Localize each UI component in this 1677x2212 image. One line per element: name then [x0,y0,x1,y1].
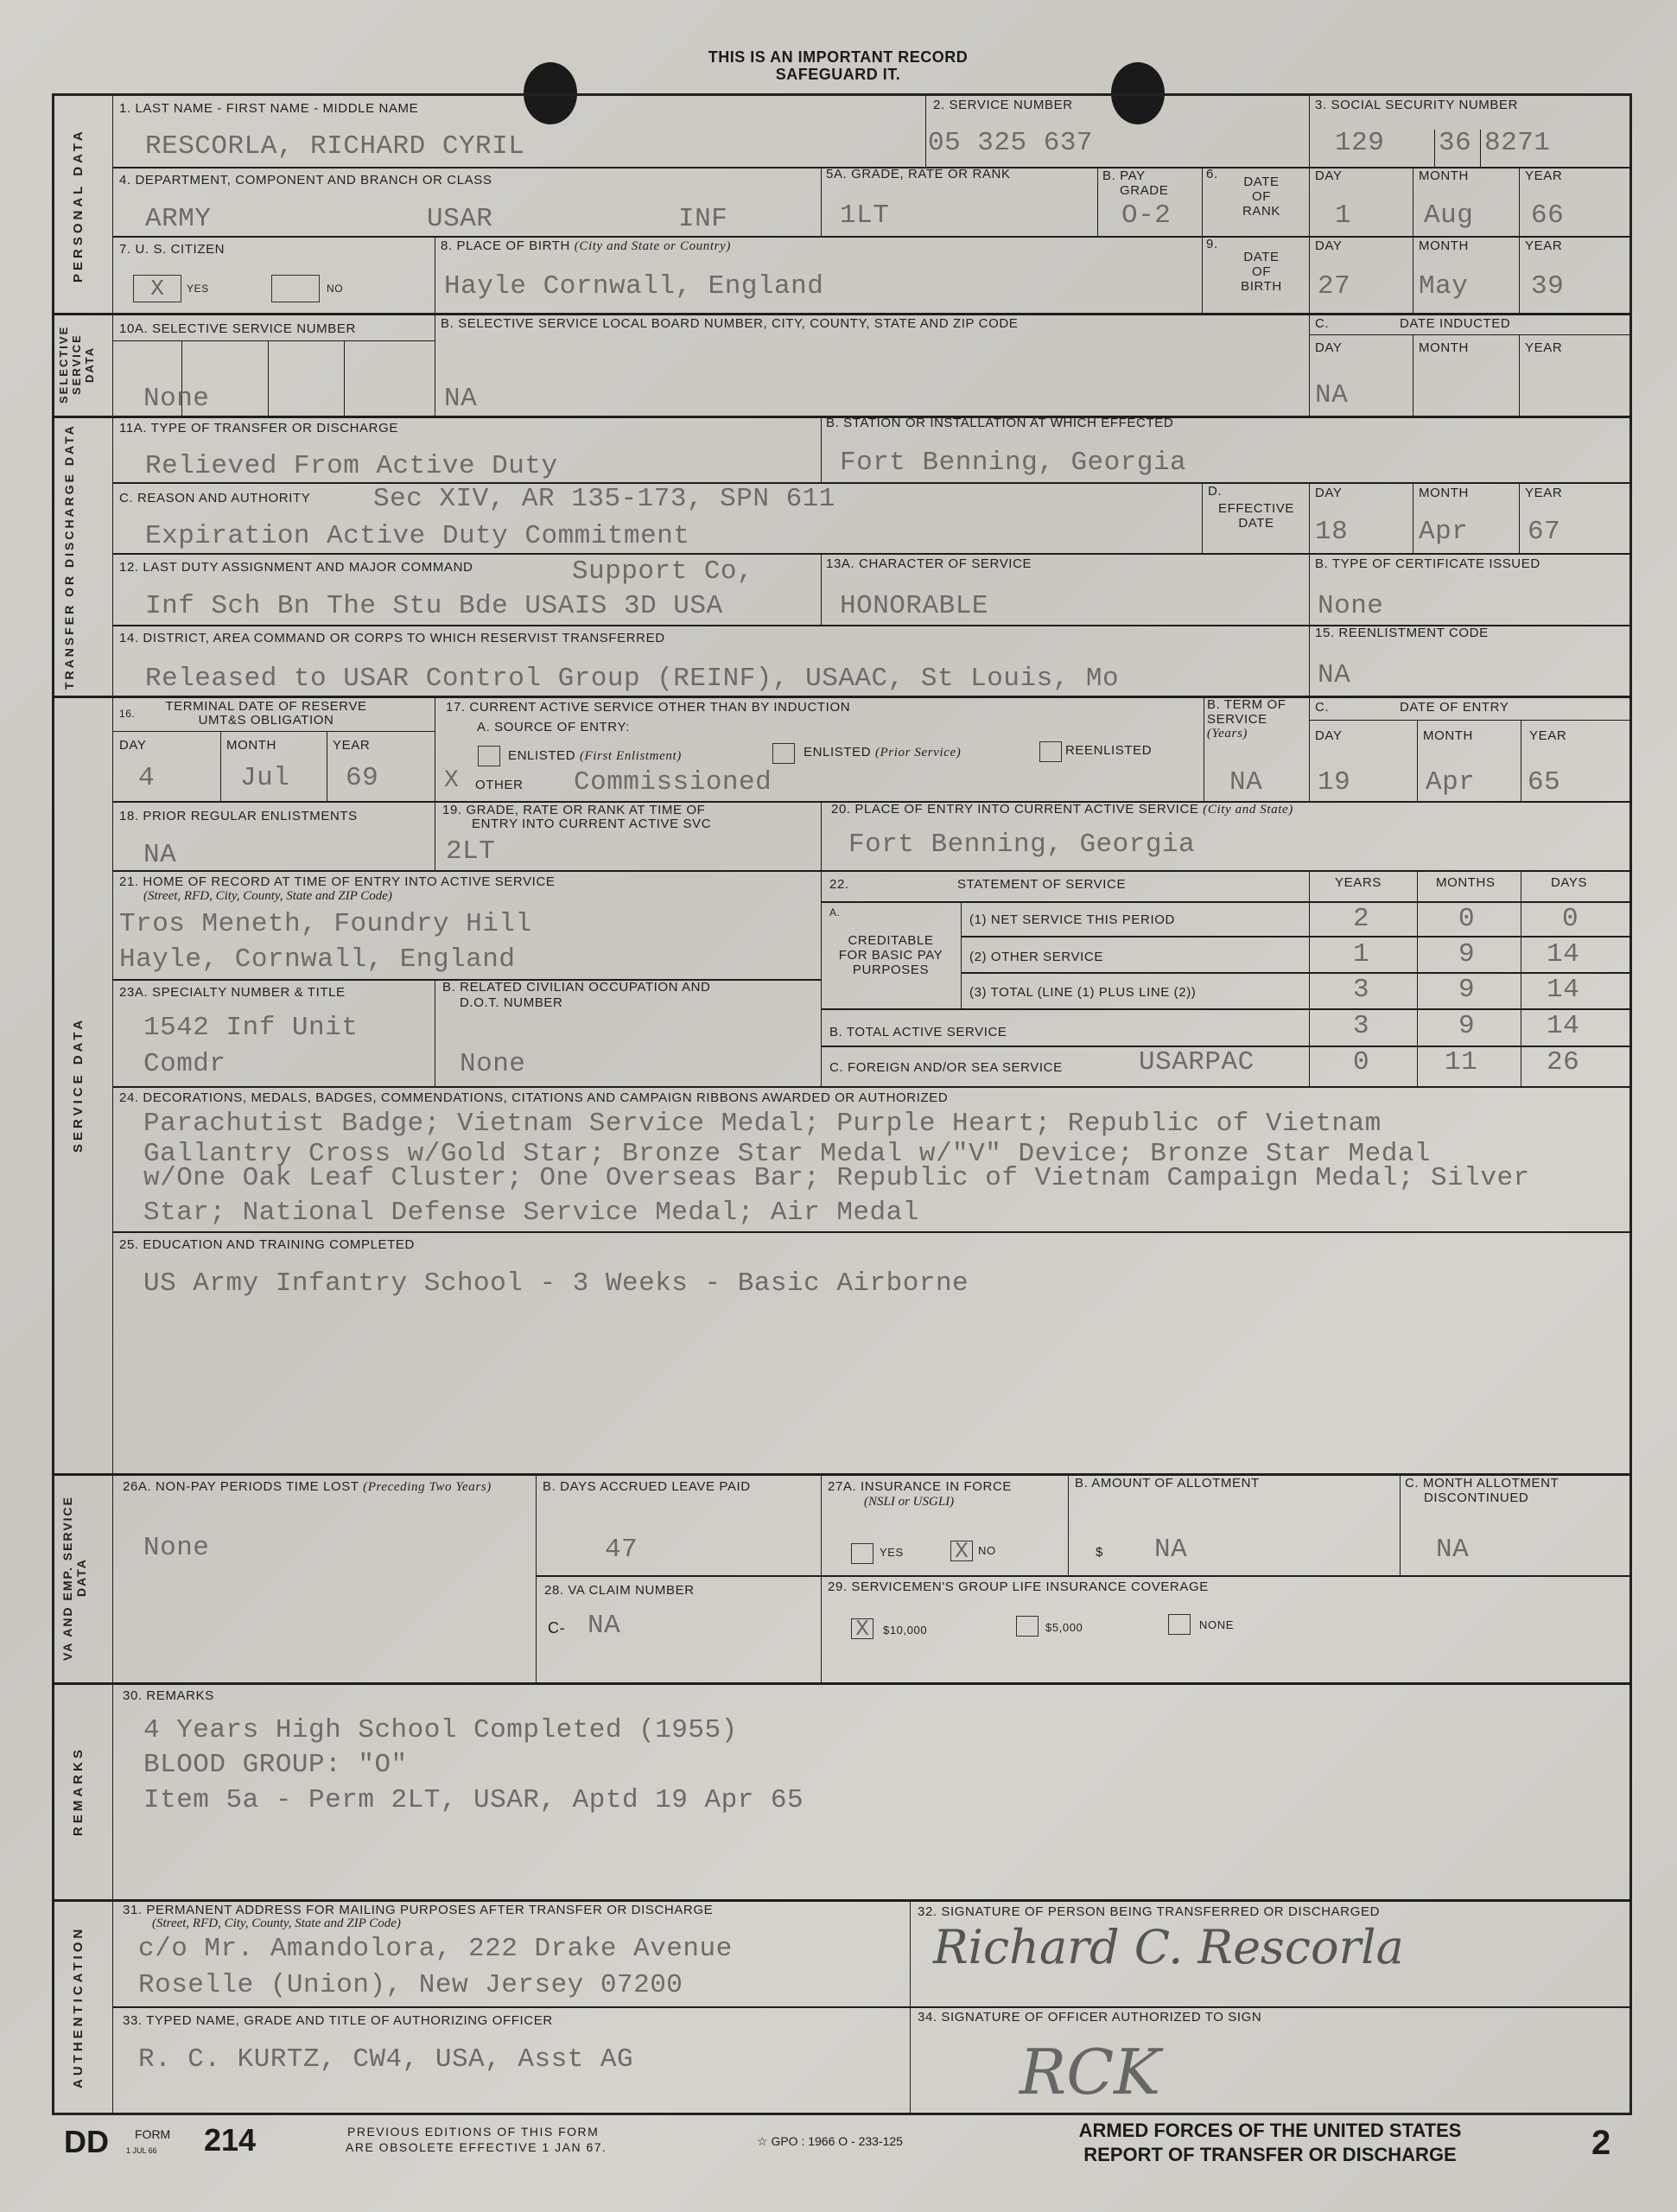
label-date-inducted-num: c. [1315,316,1329,331]
label-us-citizen: 7. U. S. CITIZEN [119,242,225,257]
label-hint: (City and State) [1203,803,1293,817]
label-text: TERMINAL DATE OF RESERVE [137,700,396,714]
col-divider [1309,93,1310,167]
label-day: DAY [1315,238,1343,253]
field-effective-day[interactable]: 18 [1315,517,1348,547]
label-day: DAY [1315,486,1343,500]
label-last-duty: 12. LAST DUTY ASSIGNMENT AND MAJOR COMMA… [119,560,473,575]
footer-copy-number: 2 [1591,2124,1610,2163]
label-time-lost: 26a. NON-PAY PERIODS TIME LOST (Precedin… [123,1479,492,1495]
field-va-claim[interactable]: NA [588,1611,620,1641]
field-terminal-day[interactable]: 4 [138,763,155,793]
field-reservist[interactable]: Released to USAR Control Group (REINF), … [145,664,1119,694]
label-days: DAYS [1551,875,1587,890]
field-decorations-1[interactable]: Parachutist Badge; Vietnam Service Medal… [143,1109,1382,1139]
label-day: DAY [119,738,147,753]
label-hint: (Preceding Two Years) [363,1480,492,1494]
label-yes: YES [187,283,209,296]
col-divider [536,1473,537,1682]
col-divider [1413,167,1413,313]
label-ssn: 3. SOCIAL SECURITY NUMBER [1315,98,1518,112]
label-day: DAY [1315,168,1343,183]
label-local-board: b. SELECTIVE SERVICE LOCAL BOARD NUMBER,… [441,316,1018,331]
label-statement-of-service: STATEMENT OF SERVICE [957,877,1126,892]
label-place-of-entry: 20. PLACE OF ENTRY INTO CURRENT ACTIVE S… [831,802,1293,817]
label-date-of-birth-num: 9. [1206,237,1218,251]
label-hint: (City and State or Country) [575,239,731,253]
row-divider [112,731,435,732]
section-label-selective: SELECTIVE SERVICE DATA [57,316,102,413]
label-no: NO [327,283,343,296]
field-last-duty-1[interactable]: Support Co, [572,556,753,587]
label-other: OTHER [475,778,524,792]
label-effective-date: EFFECTIVE DATE [1204,501,1309,531]
label-month: MONTH [1419,340,1469,355]
row-divider [112,482,1632,484]
label-insurance-hint: (NSLI or USGLI) [864,1495,954,1510]
field-ssn-2[interactable]: 36 [1439,128,1471,158]
label-term-of-service: b. TERM OF SERVICE (Years) [1207,697,1286,741]
field-remarks-2[interactable]: BLOOD GROUP: "O" [143,1750,408,1780]
label-text: OF [1218,189,1305,204]
field-last-duty-2[interactable]: Inf Sch Bn The Stu Bde USAIS 3D USA [145,591,723,621]
col-divider [1202,167,1203,313]
label-insurance-no: NO [978,1545,996,1558]
footer-dd: DD [64,2124,109,2160]
label-month: MONTH [226,738,276,753]
col-divider [821,801,822,870]
field-component[interactable]: USAR [427,204,492,234]
col-divider [435,313,435,416]
field-birth-month[interactable]: May [1419,271,1468,302]
label-hint: (Years) [1207,727,1286,741]
field-mailing-address-1[interactable]: c/o Mr. Amandolora, 222 Drake Avenue [138,1934,733,1964]
label-authorizing-officer: 33. TYPED NAME, GRADE AND TITLE OF AUTHO… [123,2013,553,2028]
checkbox-enlisted-first[interactable] [478,746,500,766]
checkbox-insurance-no[interactable]: X [950,1541,973,1561]
header-notice: THIS IS AN IMPORTANT RECORD SAFEGUARD IT… [622,48,1054,83]
service-net-months[interactable]: 0 [1458,904,1475,934]
field-remarks-1[interactable]: 4 Years High School Completed (1955) [143,1715,738,1745]
label-creditable-num: a. [829,907,841,919]
section-label-personal: PERSONAL DATA [71,104,86,307]
label-year: YEAR [1525,340,1562,355]
field-rank-month[interactable]: Aug [1424,200,1473,231]
service-other-months[interactable]: 9 [1458,939,1475,969]
label-month: MONTH [1423,728,1473,743]
field-reason-1[interactable]: Sec XIV, AR 135-173, SPN 611 [373,484,835,514]
field-place-of-birth[interactable]: Hayle Cornwall, England [444,271,823,302]
col-divider [1519,167,1520,313]
label-sgli: 29. SERVICEMEN'S GROUP LIFE INSURANCE CO… [828,1580,1209,1594]
label-text: DATE [1218,175,1305,189]
col-divider [268,340,269,416]
field-inducted-day[interactable]: NA [1315,380,1348,410]
label-month: MONTH [1419,238,1469,253]
label-text: b. TERM OF [1207,697,1286,712]
label-text: SERVICE [1207,712,1286,727]
service-active-years[interactable]: 3 [1353,1011,1369,1041]
footer-text: PREVIOUS EDITIONS OF THIS FORM [346,2124,607,2139]
label-text: b. RELATED CIVILIAN OCCUPATION AND [442,980,710,995]
label-source-of-entry: a. SOURCE OF ENTRY: [477,720,630,734]
service-active-months[interactable]: 9 [1458,1011,1475,1041]
label-months: MONTHS [1436,875,1496,890]
label-signature-officer: 34. SIGNATURE OF OFFICER AUTHORIZED TO S… [918,2010,1261,2024]
field-foreign-location[interactable]: USARPAC [1139,1047,1255,1077]
label-date-inducted: DATE INDUCTED [1400,316,1510,331]
label-mailing-address-hint: (Street, RFD, City, County, State and ZI… [152,1916,401,1931]
section-label-auth: AUTHENTICATION [71,1904,86,2111]
label-day: DAY [1315,728,1343,743]
col-divider [821,167,822,236]
label-enlisted-first: ENLISTED (First Enlistment) [508,748,682,764]
label-sgli-10000: $10,000 [883,1624,927,1637]
service-net-days[interactable]: 0 [1562,904,1579,934]
row-divider [112,1231,1632,1233]
label-statement-num: 22. [829,877,849,892]
checkbox-sgli-none[interactable] [1168,1614,1191,1635]
label-text: DATE [1204,516,1309,531]
checkbox-sgli-10000[interactable]: X [851,1618,873,1639]
label-other-service: (2) OTHER SERVICE [969,950,1103,964]
field-entry-year[interactable]: 65 [1528,767,1560,798]
label-text: EFFECTIVE [1204,501,1309,516]
field-source-other[interactable]: Commissioned [574,767,772,798]
row-divider [821,901,1632,903]
service-other-days[interactable]: 14 [1547,939,1579,969]
label-year: YEAR [1525,168,1562,183]
label-education: 25. EDUCATION AND TRAINING COMPLETED [119,1237,415,1252]
label-text: 20. PLACE OF ENTRY INTO CURRENT ACTIVE S… [831,802,1199,817]
field-effective-year[interactable]: 67 [1528,517,1560,547]
field-service-number[interactable]: 05 325 637 [928,128,1093,158]
col-divider [220,731,221,801]
field-home-of-record-1[interactable]: Tros Meneth, Foundry Hill [119,909,532,939]
label-text: OF [1218,264,1305,279]
col-divider [1309,313,1310,416]
row-divider [112,2006,1632,2008]
field-branch[interactable]: INF [678,204,727,234]
col-divider [1413,334,1413,416]
field-education[interactable]: US Army Infantry School - 3 Weeks - Basi… [143,1268,969,1299]
label-date-of-rank-num: 6. [1206,167,1218,181]
checkbox-citizen-no[interactable] [271,275,320,302]
label-effective-num: d. [1208,484,1222,499]
checkbox-reenlisted[interactable] [1039,741,1062,762]
row-divider [112,870,1632,872]
field-remarks-3[interactable]: Item 5a - Perm 2LT, USAR, Aptd 19 Apr 65 [143,1785,804,1815]
label-text: RANK [1218,204,1305,219]
field-home-of-record-2[interactable]: Hayle, Cornwall, England [119,944,515,975]
col-divider [925,93,926,167]
label-text: 26a. NON-PAY PERIODS TIME LOST [123,1479,359,1494]
label-dollar: $ [1096,1545,1103,1560]
field-prior-enlistments[interactable]: NA [143,840,176,870]
divider-va [52,1473,1632,1476]
field-reason-2[interactable]: Expiration Active Duty Commitment [145,521,689,551]
label-hint: (Prior Service) [875,746,961,760]
col-divider [1097,167,1098,236]
label-year: YEAR [1525,486,1562,500]
field-authorizing-officer[interactable]: R. C. KURTZ, CW4, USA, Asst AG [138,2044,633,2075]
label-grade-at-entry: 19. GRADE, RATE OR RANK AT TIME OF ENTRY… [442,804,711,831]
service-other-years[interactable]: 1 [1353,939,1369,969]
signature-person: Richard C. Rescorla [933,1920,1404,1974]
field-local-board[interactable]: NA [444,384,477,414]
header-line-1: THIS IS AN IMPORTANT RECORD [622,48,1054,66]
col-divider [1309,553,1310,696]
label-month: MONTH [1419,486,1469,500]
field-name[interactable]: RESCORLA, RICHARD CYRIL [145,131,524,162]
label-text: CREDITABLE [823,933,959,948]
label-leave-paid: b. DAYS ACCRUED LEAVE PAID [543,1479,751,1494]
field-birth-day[interactable]: 27 [1318,271,1350,302]
label-date-of-rank: DATE OF RANK [1218,175,1305,219]
label-text: 8. PLACE OF BIRTH [441,238,570,253]
footer-form-date: 1 JUL 66 [126,2146,157,2155]
label-text: FOR BASIC PAY [823,948,959,963]
label-terminal-num: 16. [119,709,135,721]
col-divider [1434,130,1435,167]
field-station[interactable]: Fort Benning, Georgia [840,448,1186,478]
divider-service [52,696,1632,698]
label-date-of-birth: DATE OF BIRTH [1218,250,1305,294]
label-reenlistment: 15. REENLISTMENT CODE [1315,626,1489,640]
field-specialty-2[interactable]: Comdr [143,1049,226,1079]
col-divider [435,236,435,313]
field-terminal-year[interactable]: 69 [346,763,378,793]
label-date-of-entry-num: c. [1315,700,1329,715]
row-divider [1309,334,1632,335]
service-net-years[interactable]: 2 [1353,904,1369,934]
col-divider [1417,870,1418,1086]
col-divider [821,553,822,625]
label-certificate: b. TYPE OF CERTIFICATE ISSUED [1315,556,1540,571]
label-department: 4. DEPARTMENT, COMPONENT AND BRANCH OR C… [119,173,492,188]
label-total: (3) TOTAL (Line (1) plus Line (2)) [969,985,1196,1000]
field-selective-number[interactable]: None [143,384,209,414]
label-text: UMT&S OBLIGATION [137,714,396,728]
label-remarks: 30. REMARKS [123,1688,214,1703]
field-decorations-3[interactable]: w/One Oak Leaf Cluster; One Overseas Bar… [143,1163,1530,1193]
col-divider [1417,720,1418,801]
label-year: YEAR [1529,728,1566,743]
checkbox-citizen-yes[interactable]: X [133,275,181,302]
label-pay-grade-1: b. PAY [1102,168,1146,183]
footer-text: ARE OBSOLETE EFFECTIVE 1 JAN 67. [346,2139,607,2155]
col-divider [1309,870,1310,1086]
label-day: DAY [1315,340,1343,355]
checkbox-enlisted-prior[interactable] [772,743,795,764]
label-insurance-yes: YES [880,1547,904,1560]
field-civilian-occupation[interactable]: None [460,1049,525,1079]
field-term-of-service[interactable]: NA [1229,767,1262,798]
label-prior-enlistments: 18. PRIOR REGULAR ENLISTMENTS [119,809,358,823]
label-enlisted-prior: ENLISTED (Prior Service) [804,745,961,760]
label-insurance: 27a. INSURANCE IN FORCE [828,1479,1012,1494]
label-text: DISCONTINUED [1405,1491,1559,1505]
field-allotment-discontinued[interactable]: NA [1436,1535,1469,1565]
col-divider [1521,870,1521,1086]
label-allotment: b. AMOUNT OF ALLOTMENT [1075,1476,1260,1491]
field-entry-month[interactable]: Apr [1426,767,1475,798]
field-time-lost[interactable]: None [143,1533,209,1563]
section-column-divider [112,93,113,2115]
col-divider [1400,1473,1401,1575]
field-allotment[interactable]: NA [1154,1535,1187,1565]
service-total-days[interactable]: 14 [1547,975,1579,1005]
label-text: BIRTH [1218,279,1305,294]
field-reenlistment[interactable]: NA [1318,660,1350,690]
row-divider [112,1086,1632,1088]
label-service-number: 2. SERVICE NUMBER [933,98,1073,112]
service-total-years[interactable]: 3 [1353,975,1369,1005]
footer-title-line: ARMED FORCES OF THE UNITED STATES [1045,2119,1495,2143]
label-home-of-record-hint: (Street, RFD, City, County, State and ZI… [143,889,392,904]
label-reservist: 14. DISTRICT, AREA COMMAND OR CORPS TO W… [119,631,665,645]
label-text: D.O.T. NUMBER [442,995,710,1011]
label-date-of-entry: DATE OF ENTRY [1400,700,1509,715]
field-leave-paid[interactable]: 47 [605,1535,638,1565]
divider-auth [52,1899,1632,1902]
field-rank-year[interactable]: 66 [1531,200,1564,231]
col-divider [1519,334,1520,416]
col-divider [344,340,345,416]
row-divider [112,236,1632,238]
label-sgli-5000: $5,000 [1045,1622,1083,1635]
service-foreign-months[interactable]: 11 [1445,1047,1477,1077]
field-rank-day[interactable]: 1 [1335,200,1351,231]
label-allotment-discontinued: c. MONTH ALLOTMENT DISCONTINUED [1405,1476,1559,1505]
label-signature-person: 32. SIGNATURE OF PERSON BEING TRANSFERRE… [918,1904,1380,1919]
row-divider [961,972,1632,974]
section-label-va: VA AND EMP. SERVICE DATA [60,1478,102,1678]
col-divider [821,1473,822,1682]
footer-form-number: 214 [204,2122,256,2158]
col-divider [1309,696,1310,801]
field-terminal-month[interactable]: Jul [240,763,289,793]
label-transfer-type: 11a. TYPE OF TRANSFER OR DISCHARGE [119,421,398,435]
service-foreign-years[interactable]: 0 [1353,1047,1369,1077]
col-divider [435,696,435,801]
field-ssn-1[interactable]: 129 [1335,128,1384,158]
label-name: 1. LAST NAME - FIRST NAME - MIDDLE NAME [119,101,418,116]
section-label-transfer: TRANSFER OR DISCHARGE DATA [62,420,100,693]
field-certificate[interactable]: None [1318,591,1383,621]
col-divider [1413,482,1413,553]
col-divider [1068,1473,1069,1575]
label-station: b. STATION OR INSTALLATION AT WHICH EFFE… [826,416,1173,430]
col-divider [961,901,962,1008]
field-character[interactable]: HONORABLE [840,591,988,621]
label-reason: c. REASON AND AUTHORITY [119,491,310,505]
label-creditable: CREDITABLE FOR BASIC PAY PURPOSES [823,933,959,977]
label-total-active: b. TOTAL ACTIVE SERVICE [829,1025,1007,1039]
label-foreign-service: c. FOREIGN AND/OR SEA SERVICE [829,1060,1063,1075]
col-divider [327,731,327,801]
row-divider [961,936,1632,938]
label-va-claim: 28. VA CLAIM NUMBER [544,1583,695,1598]
header-line-2: SAFEGUARD IT. [622,66,1054,83]
service-total-months[interactable]: 9 [1458,975,1475,1005]
col-divider [1480,130,1481,167]
field-entry-day[interactable]: 19 [1318,767,1350,798]
label-c-prefix: C- [548,1619,565,1637]
checkbox-sgli-5000[interactable] [1016,1616,1039,1637]
section-label-remarks: REMARKS [71,1687,86,1896]
label-civilian-occupation: b. RELATED CIVILIAN OCCUPATION AND D.O.T… [442,980,710,1011]
service-foreign-days[interactable]: 26 [1547,1047,1579,1077]
label-month: MONTH [1419,168,1469,183]
label-grade: 5a. GRADE, RATE OR RANK [826,167,1011,181]
field-grade-at-entry[interactable]: 2LT [446,836,495,867]
footer-form: FORM [135,2127,170,2141]
label-character: 13a. CHARACTER OF SERVICE [826,556,1032,571]
col-divider [1202,482,1203,553]
label-text: ENTRY INTO CURRENT ACTIVE SVC [442,817,711,831]
field-effective-month[interactable]: Apr [1419,517,1468,547]
field-mailing-address-2[interactable]: Roselle (Union), New Jersey 07200 [138,1970,683,2000]
label-text: PURPOSES [823,963,959,977]
divider-remarks [52,1682,1632,1685]
label-place-of-birth: 8. PLACE OF BIRTH (City and State or Cou… [441,238,731,254]
field-birth-year[interactable]: 39 [1531,271,1564,302]
field-transfer-type[interactable]: Relieved From Active Duty [145,451,558,481]
label-text: ENLISTED [804,745,871,760]
footer-obsolete: PREVIOUS EDITIONS OF THIS FORM ARE OBSOL… [346,2124,607,2155]
section-label-service: SERVICE DATA [71,700,86,1469]
footer-title-line: REPORT OF TRANSFER OR DISCHARGE [1045,2143,1495,2167]
label-text: ENLISTED [508,748,575,763]
label-text: c. MONTH ALLOTMENT [1405,1476,1559,1491]
field-place-of-entry[interactable]: Fort Benning, Georgia [848,829,1195,860]
service-active-days[interactable]: 14 [1547,1011,1579,1041]
label-hint: (First Enlistment) [580,749,682,763]
row-divider [536,1575,1632,1577]
signature-officer: RCK [1020,2036,1160,2108]
field-ssn-3[interactable]: 8271 [1484,128,1550,158]
row-divider [821,1008,1632,1010]
footer-title: ARMED FORCES OF THE UNITED STATES REPORT… [1045,2119,1495,2167]
field-department[interactable]: ARMY [145,204,211,234]
label-reenlisted: REENLISTED [1065,743,1152,758]
label-net-service: (1) NET SERVICE THIS PERIOD [969,912,1175,927]
col-divider [435,979,435,1086]
label-decorations: 24. DECORATIONS, MEDALS, BADGES, COMMEND… [119,1090,948,1105]
col-divider [1521,720,1521,801]
label-year: YEAR [1525,238,1562,253]
label-year: YEAR [333,738,370,753]
label-specialty: 23a. SPECIALTY NUMBER & TITLE [119,985,346,1000]
row-divider [112,340,435,341]
col-divider [435,801,435,870]
checkbox-other-mark[interactable]: X [444,767,459,794]
col-divider [821,416,822,482]
field-grade[interactable]: 1LT [840,200,889,231]
label-years: YEARS [1335,875,1382,890]
label-terminal-date: TERMINAL DATE OF RESERVE UMT&S OBLIGATIO… [137,700,396,728]
field-decorations-4[interactable]: Star; National Defense Service Medal; Ai… [143,1198,919,1228]
divider-selective [52,313,1632,315]
label-sgli-none: NONE [1199,1619,1234,1632]
field-specialty-1[interactable]: 1542 Inf Unit [143,1013,358,1043]
label-mailing-address: 31. PERMANENT ADDRESS FOR MAILING PURPOS… [123,1903,713,1917]
label-home-of-record: 21. HOME OF RECORD AT TIME OF ENTRY INTO… [119,874,556,889]
field-pay-grade[interactable]: O-2 [1121,200,1171,231]
checkbox-insurance-yes[interactable] [851,1543,873,1564]
label-text: DATE [1218,250,1305,264]
